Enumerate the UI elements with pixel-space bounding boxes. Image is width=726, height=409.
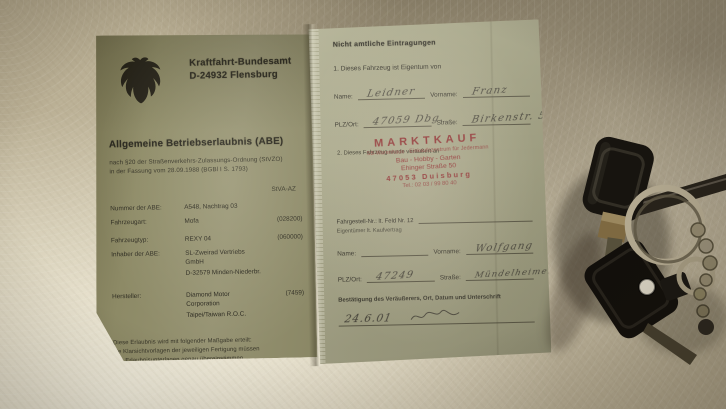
right-page-heading: Nicht amtliche Eintragungen bbox=[333, 38, 529, 49]
spec-value: A548, Nachtrag 03 bbox=[184, 201, 258, 212]
spec-code bbox=[258, 200, 302, 211]
photo-scene: Kraftfahrt-Bundesamt D-24932 Flensburg A… bbox=[0, 0, 726, 409]
spec-row-vehicle-type: Fahrzeugtyp: REXY 04 (060000) bbox=[111, 233, 303, 247]
marktkauf-stamp: MARKTKAUF SB-Warenhaus · Einkaufszentrum… bbox=[342, 130, 515, 192]
document-title: Allgemeine Betriebserlaubnis (ABE) bbox=[109, 135, 301, 150]
agency-city: D-24932 Flensburg bbox=[189, 68, 291, 83]
name-label: Name: bbox=[337, 250, 356, 257]
federal-eagle-icon bbox=[115, 54, 166, 109]
section1-title: 1. Dieses Fahrzeug ist Eigentum von bbox=[333, 62, 529, 73]
spec-value-continued: Taipei/Taiwan R.O.C. bbox=[186, 308, 304, 320]
abe-document-booklet: Kraftfahrt-Bundesamt D-24932 Flensburg A… bbox=[90, 19, 551, 370]
strasse-label: Straße: bbox=[437, 119, 458, 126]
handwriting-plz2: 47249 bbox=[375, 270, 415, 283]
spec-label: Inhaber der ABE: bbox=[111, 249, 185, 270]
footer-note: Diese Erlaubnis wird mit folgender Maßga… bbox=[113, 336, 306, 367]
spec-value-continued: D-32579 Minden-Niederbr. bbox=[186, 266, 304, 278]
handwriting-plz: 47059 Dbg. bbox=[372, 113, 446, 128]
plz-field-line: 47059 Dbg. bbox=[363, 114, 431, 128]
vehicle-specs: Nummer der ABE: A548, Nachtrag 03 Fahrze… bbox=[110, 200, 304, 321]
spec-row-abe-holder: Inhaber der ABE: SL-Zweirad Vertriebs Gm… bbox=[111, 246, 303, 269]
legal-reference: nach §20 der Straßenverkehrs-Zulassungs-… bbox=[109, 155, 301, 177]
plz-label: PLZ/Ort: bbox=[338, 276, 362, 284]
spec-label: Fahrzeugtyp: bbox=[111, 235, 185, 246]
handwriting-name: Leidner bbox=[366, 86, 416, 100]
signature-scribble bbox=[405, 308, 465, 323]
name-field-line: Leidner bbox=[358, 86, 426, 100]
spec-value: Mofa bbox=[184, 215, 258, 226]
plz-field-line: 47249 bbox=[367, 269, 435, 283]
name-label: Name: bbox=[334, 93, 353, 100]
spec-label: Nummer der ABE: bbox=[110, 203, 184, 214]
handwriting-date: 24.6.01 bbox=[343, 313, 392, 326]
plz-label: PLZ/Ort: bbox=[334, 121, 358, 129]
spec-code: (7459) bbox=[260, 288, 304, 308]
file-reference: StVA-AZ bbox=[110, 185, 302, 196]
spec-code bbox=[259, 246, 303, 266]
spec-code: (028200) bbox=[258, 214, 302, 225]
spec-row-abe-number: Nummer der ABE: A548, Nachtrag 03 bbox=[110, 200, 302, 214]
key-collar-brass bbox=[598, 212, 630, 243]
strasse-label: Straße: bbox=[440, 274, 461, 281]
document-page-left: Kraftfahrt-Bundesamt D-24932 Flensburg A… bbox=[91, 31, 318, 362]
spec-value: REXY 04 bbox=[185, 233, 259, 244]
spec-code: (060000) bbox=[259, 233, 303, 244]
spec-value: SL-Zweirad Vertriebs GmbH bbox=[185, 247, 259, 268]
keyring bbox=[500, 80, 726, 380]
spec-row-vehicle-kind: Fahrzeugart: Mofa (028200) bbox=[110, 214, 302, 228]
vorname-label: Vorname: bbox=[433, 248, 460, 256]
spec-label: Hersteller: bbox=[112, 290, 186, 311]
name-field-line bbox=[361, 243, 429, 257]
spec-row-manufacturer: Hersteller: Diamond Motor Corporation (7… bbox=[112, 288, 304, 311]
spec-value: Diamond Motor Corporation bbox=[186, 289, 260, 310]
vorname-label: Vorname: bbox=[430, 91, 457, 99]
spec-label: Fahrzeugart: bbox=[110, 216, 184, 227]
